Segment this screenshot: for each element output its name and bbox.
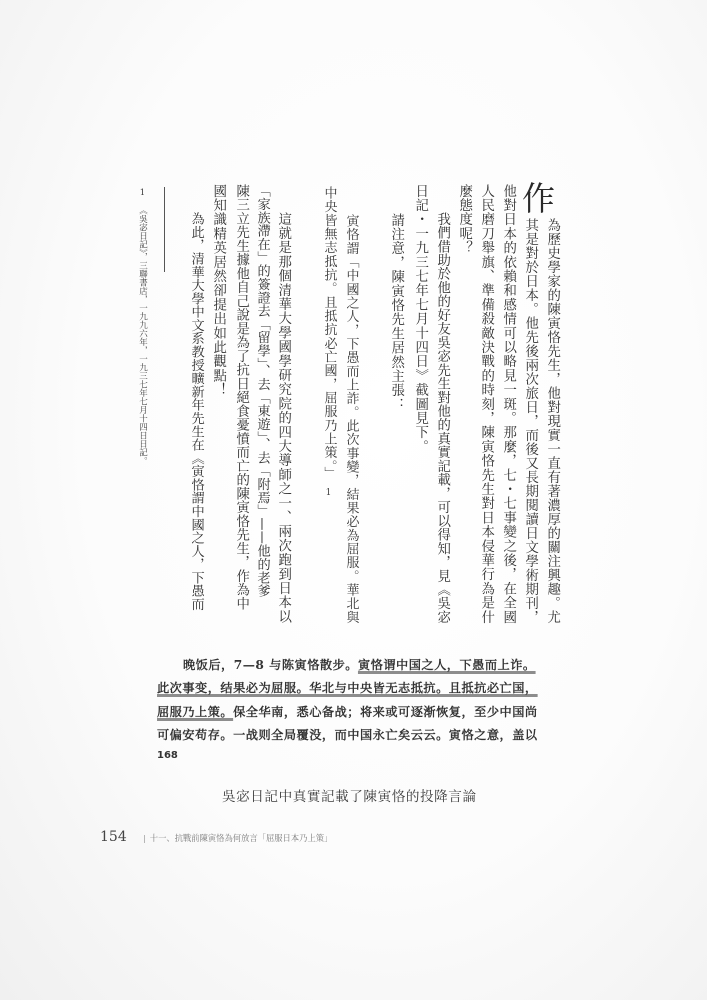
text-column: 為此，清華大學中文系教授曠新年先生在《寅恪謂中國之人，下愚而 bbox=[189, 212, 202, 611]
footnote: 1《吳宓日記》，三聯書店，一九九六年，一九三七年七月十四日日記。 bbox=[138, 188, 147, 465]
diary-text: 保全华南，悉心备战；将来或可逐渐恢复，至少中国尚 bbox=[233, 705, 538, 719]
footnote-reference: 1 bbox=[324, 488, 334, 499]
diary-line: 晚饭后，7—8 与陈寅恪散步。寅恪谓中国之人，下愚而上诈。 bbox=[183, 658, 536, 672]
block-quote-column: 中央皆無志抵抗。且抵抗必亡國，屈服乃上策。」1 bbox=[323, 186, 336, 499]
page-number: 154 bbox=[100, 829, 127, 845]
text-column: 人民磨刀舉旗、準備殺敵決戰的時刻，陳寅恪先生對日本侵華行為是什 bbox=[479, 184, 492, 624]
running-head-title: 十一、抗戰前陳寅恪為何放言「屈服日本乃上策」 bbox=[150, 833, 333, 843]
text-column: 日記・一九三七年七月十四日》截圖見下。 bbox=[413, 184, 426, 454]
running-head-separator: | bbox=[143, 833, 146, 843]
text-column: 其是對於日本。他先後兩次旅日，而後又長期閱讀日文學術期刊， bbox=[523, 218, 536, 624]
block-quote-column: 寅恪謂「中國之人，下愚而上詐。此次事變，結果必為屈服。華北與 bbox=[345, 214, 358, 624]
text-column: 請注意，陳寅恪先生居然主張： bbox=[389, 213, 402, 412]
footnote-text: 《吳宓日記》，三聯書店，一九九六年，一九三七年七月十四日日記。 bbox=[138, 206, 148, 465]
drop-cap: 作 bbox=[522, 182, 555, 215]
footnote-number: 1 bbox=[138, 188, 148, 198]
diary-text: 晚饭后，7—8 与陈寅恪散步。 bbox=[183, 658, 358, 672]
diary-text-underlined: 屈服乃上策。 bbox=[157, 705, 233, 719]
block-quote-text: 中央皆無志抵抗。且抵抗必亡國，屈服乃上策。」 bbox=[322, 186, 337, 480]
text-column: 我們借助於他的好友吳宓先生對他的真實記載，可以得知，見《吳宓 bbox=[435, 212, 448, 624]
diary-line: 可偏安苟存。一战则全局覆没，而中国永亡矣云云。寅恪之意，盖以 bbox=[157, 728, 538, 742]
running-head: |十一、抗戰前陳寅恪為何放言「屈服日本乃上策」 bbox=[143, 833, 332, 843]
book-page: 作 為歷史學家的陳寅恪先生，他對現實一直有著濃厚的關注興趣。尤 其是對於日本。他… bbox=[0, 0, 707, 1000]
text-column: 國知識精英居然卻提出如此觀點！ bbox=[211, 184, 224, 397]
diary-line: 此次事变，结果必为屈服。华北与中央皆无志抵抗。且抵抗必亡国， bbox=[157, 681, 538, 695]
text-column: 為歷史學家的陳寅恪先生，他對現實一直有著濃厚的關注興趣。尤 bbox=[545, 218, 558, 624]
text-column: 這就是那個清華大學國學研究院的四大導師之一、兩次跑到日本以 bbox=[276, 212, 289, 624]
figure-caption: 吳宓日記中真實記載了陳寅恪的投降言論 bbox=[222, 789, 477, 805]
text-column: 陳三立先生據他自己說是為了抗日絕食憂憤而亡的陳寅恪先生，作為中 bbox=[234, 184, 247, 610]
diary-text: 可偏安苟存。一战则全局覆没，而中国永亡矣云云。寅恪之意，盖以 bbox=[157, 728, 538, 742]
footnote-divider bbox=[164, 187, 165, 272]
text-column: 他對日本的依賴和感情可以略見一斑。那麼，七・七事變之後，在全國 bbox=[501, 184, 514, 624]
diary-line: 屈服乃上策。保全华南，悉心备战；将来或可逐渐恢复，至少中国尚 bbox=[157, 705, 538, 719]
diary-source-page-number: 168 bbox=[157, 750, 178, 762]
diary-text-underlined: 此次事变，结果必为屈服。华北与中央皆无志抵抗。且抵抗必亡国， bbox=[157, 681, 538, 695]
text-column: 麼態度呢？ bbox=[457, 184, 470, 255]
text-column: 「家族滯在」的簽證去「留學」、去「東遊」、去「附焉」——他的老爹 bbox=[255, 184, 268, 597]
diary-text-underlined: 寅恪谓中国之人，下愚而上诈。 bbox=[358, 658, 536, 672]
